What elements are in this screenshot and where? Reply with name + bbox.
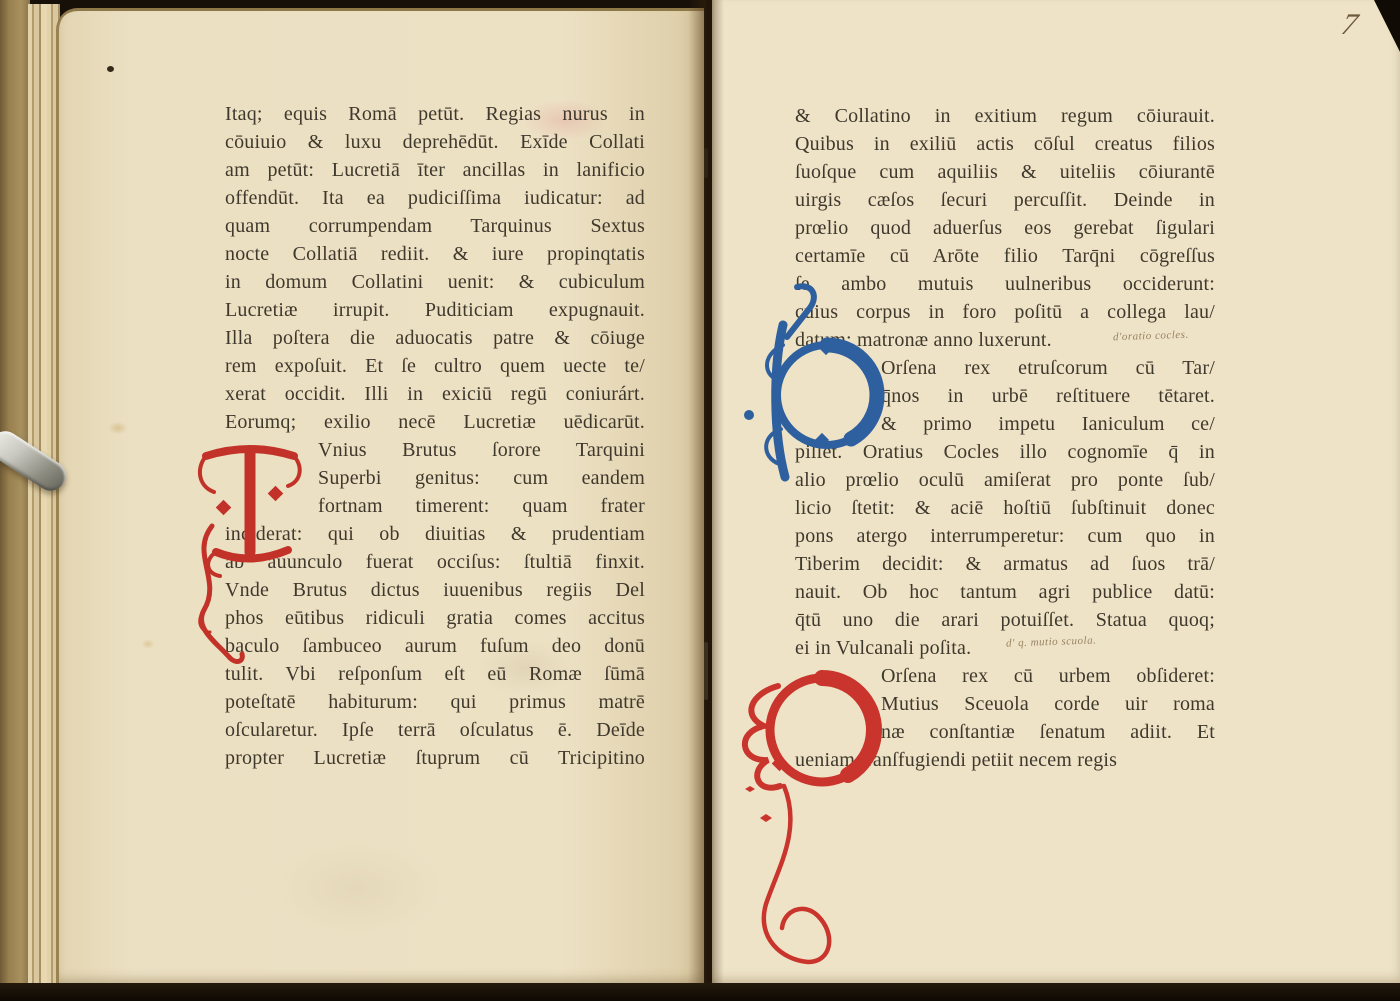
book-cover-edge (0, 0, 30, 985)
text-line: Illa poſtera die aduocatis patre & cōiug… (225, 324, 645, 352)
text-line: Tiberim decidit: & armatus ad ſuos trā/ (795, 550, 1215, 578)
text-line: xerat occidit. Illi in exiciū regū coniu… (225, 380, 645, 408)
binding-stitch (704, 642, 708, 700)
text-line: in domum Collatini uenit: & cubiculum (225, 268, 645, 296)
wormhole-spot (107, 66, 114, 72)
text-line: rem expoſuit. Et ſe cultro quem uecte te… (225, 352, 645, 380)
text-line: prœlio quod aduerſus eos gerebat ſigular… (795, 214, 1215, 242)
text-line: q̄tū uno die arari potuiſſet. Statua quo… (795, 606, 1215, 634)
text-line: am petūt: Lucretiā īter ancillas in lani… (225, 156, 645, 184)
illuminated-initial-P-red (720, 646, 892, 976)
text-line: licio ſtetit: & aciē hoſtiū ſubſtinuit d… (795, 494, 1215, 522)
text-line: ſuoſque cum aquiliis & uiteliis cōiurant… (795, 158, 1215, 186)
text-line: oſcularetur. Ipſe terrā oſculatus ē. Deī… (225, 716, 645, 744)
incunabulum-book-photo: Itaq; equis Romā petūt. Regias nurus inc… (0, 0, 1400, 1001)
text-line: Lucretiæ irrupit. Puditiciam expugnauit. (225, 296, 645, 324)
text-line: & Collatino in exitium regum cōiurauit. (795, 102, 1215, 130)
text-line: cōuiuio & luxu deprehēdūt. Exīde Collati (225, 128, 645, 156)
book-bottom-edge (0, 983, 1400, 1001)
text-line: offendūt. Ita ea pudiciſſima iudicatur: … (225, 184, 645, 212)
text-line: pons atergo interrumperetur: cum quo in (795, 522, 1215, 550)
text-line: uirgis cæſos ſecuri percuſſit. Deinde in (795, 186, 1215, 214)
text-line: certamīe cū Arōte filio Tarq̄ni cōgreſſu… (795, 242, 1215, 270)
text-line: Quibus in exiliū actis cōſul creatus fil… (795, 130, 1215, 158)
text-line: nocte Collatiā rediit. & iure propinqtat… (225, 240, 645, 268)
text-line: Itaq; equis Romā petūt. Regias nurus in (225, 100, 645, 128)
binding-stitch (704, 148, 708, 178)
text-paragraph: Itaq; equis Romā petūt. Regias nurus inc… (225, 100, 645, 436)
text-line: nauit. Ob hoc tantum agri publice datū: (795, 578, 1215, 606)
text-line: poteſtatē habiturum: qui primus matrē (225, 688, 645, 716)
text-line: quam corrumpendam Tarquinus Sextus (225, 212, 645, 240)
illuminated-initial-I-red (190, 430, 312, 668)
text-line: propter Lucretiæ ſtuprum cū Tricipitino (225, 744, 645, 772)
illuminated-initial-P-blue (733, 281, 885, 485)
